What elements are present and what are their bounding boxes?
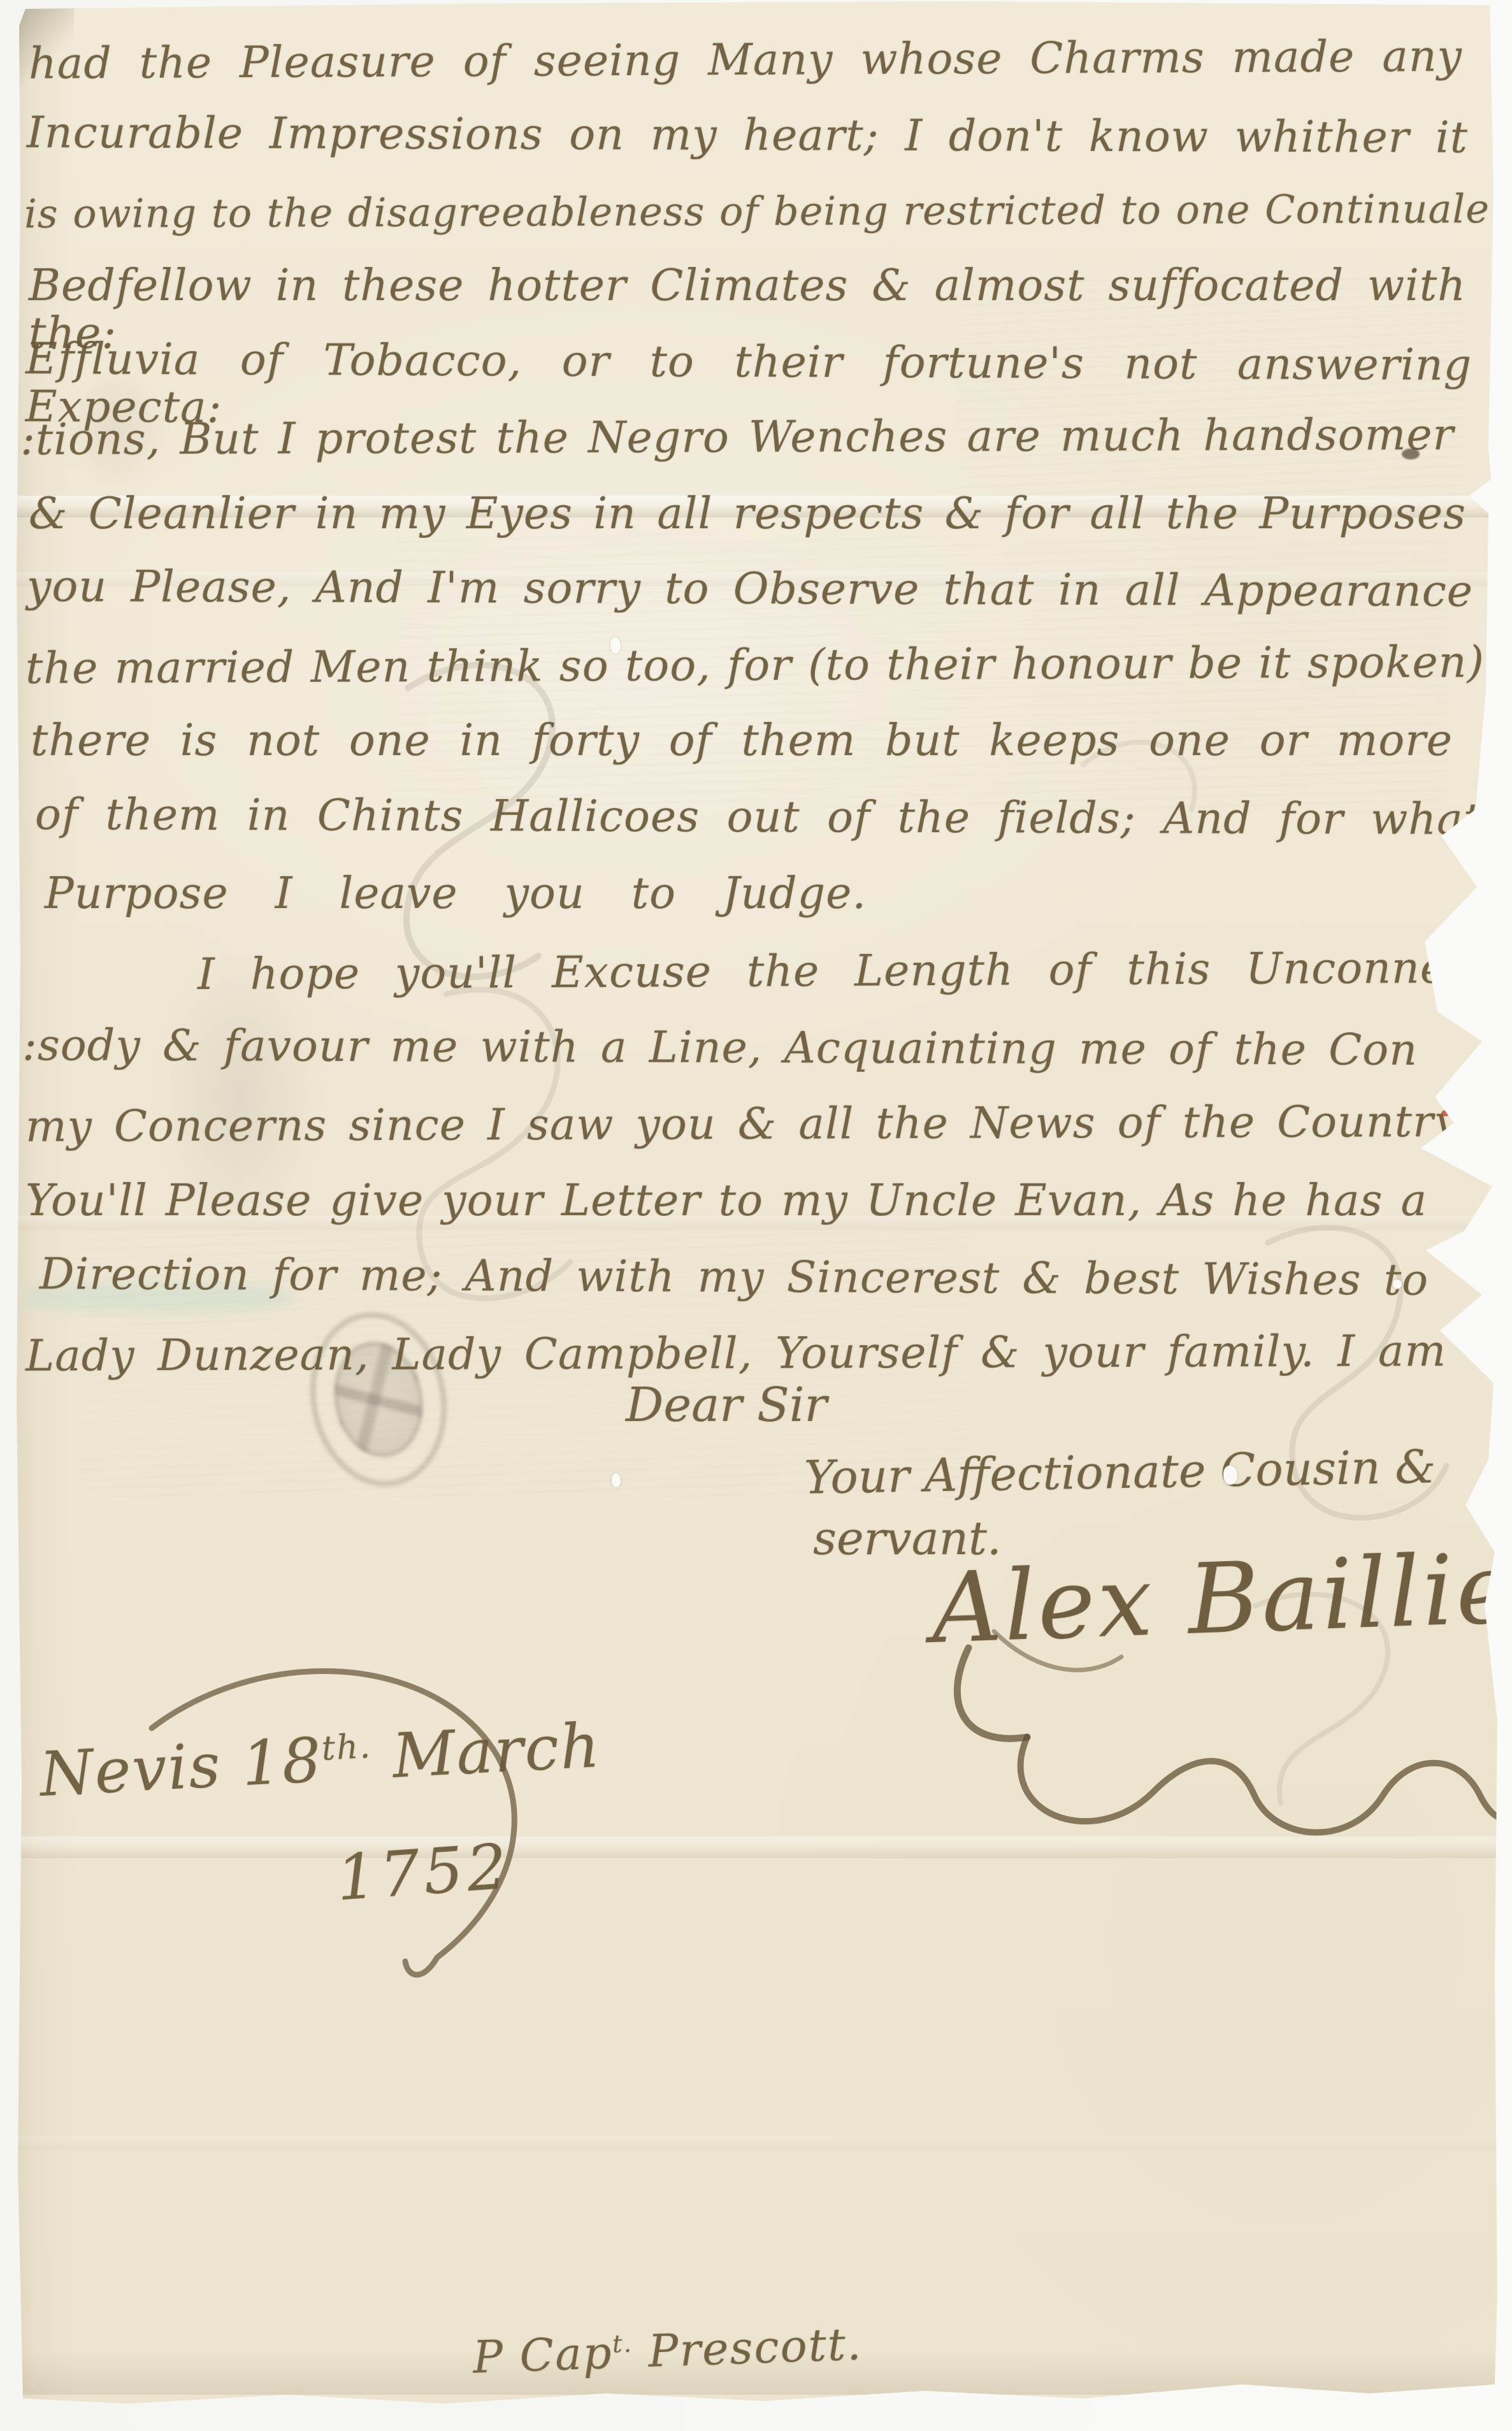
letter-line: you Please, And I'm sorry to Observe tha… <box>27 563 1473 616</box>
fold-crease <box>0 1836 1512 1858</box>
signature: Alex Baillie <box>930 1532 1512 1665</box>
dateline: Nevis 18th. March <box>38 1710 603 1810</box>
red-wax-speck <box>1445 1133 1450 1137</box>
letter-line: Direction for me; And with my Sincerest … <box>40 1251 1429 1304</box>
paper-hole-fleck <box>1223 1466 1237 1485</box>
red-wax-speck <box>1454 1123 1460 1129</box>
scanned-letter-screenshot: { "page": { "kind": "handwritten letter … <box>0 0 1512 2431</box>
salutation-close: Dear Sir <box>626 1378 827 1432</box>
letter-line: You'll Please give your Letter to my Unc… <box>25 1178 1427 1225</box>
letter-line: Purpose I leave you to Judge. <box>45 870 867 918</box>
letter-line: Incurable Impressions on my heart; I don… <box>27 110 1468 162</box>
paper-hole-fleck <box>610 637 621 654</box>
closing-line: Your Affectionate Cousin & <box>803 1439 1436 1504</box>
letter-line: my Concerns since I saw you & all the Ne… <box>25 1099 1459 1151</box>
bottom-edge-shadow <box>0 2350 1512 2395</box>
dateline-place-day: Nevis 18 <box>38 1724 324 1810</box>
paper-hole-fleck <box>1393 1280 1402 1288</box>
letter-line: the married Men think so too, for (to th… <box>25 639 1485 693</box>
letter-line: there is not one in forty of them but ke… <box>31 718 1453 765</box>
dateline-ordinal: th. <box>320 1727 372 1768</box>
fold-crease <box>0 2136 1512 2150</box>
letter-line: & Cleanlier in my Eyes in all respects &… <box>29 491 1466 538</box>
letter-line: Lady Dunzean, Lady Campbell, Yourself & … <box>25 1328 1446 1381</box>
letter-line: is owing to the disagreeableness of bein… <box>24 187 1490 236</box>
letter-line: of them in Chints Hallicoes out of the f… <box>35 791 1481 844</box>
ink-blot <box>1402 449 1420 459</box>
dateline-month: March <box>370 1710 603 1793</box>
paper-hole-fleck <box>612 1473 621 1487</box>
letter-line: :sody & favour me with a Line, Acquainti… <box>22 1022 1418 1074</box>
dateline-year: 1752 <box>334 1831 513 1915</box>
red-wax-speck <box>1441 1110 1450 1116</box>
signature-flourish <box>957 1631 1512 1833</box>
corner-shadow <box>17 4 74 87</box>
letter-line: had the Pleasure of seeing Many whose Ch… <box>29 33 1462 89</box>
letter-line: :tions, But I protest the Negro Wenches … <box>20 412 1454 465</box>
letter-page: had the Pleasure of seeing Many whose Ch… <box>0 0 1512 2431</box>
letter-line: I hope you'll Excuse the Length of this … <box>198 945 1446 999</box>
